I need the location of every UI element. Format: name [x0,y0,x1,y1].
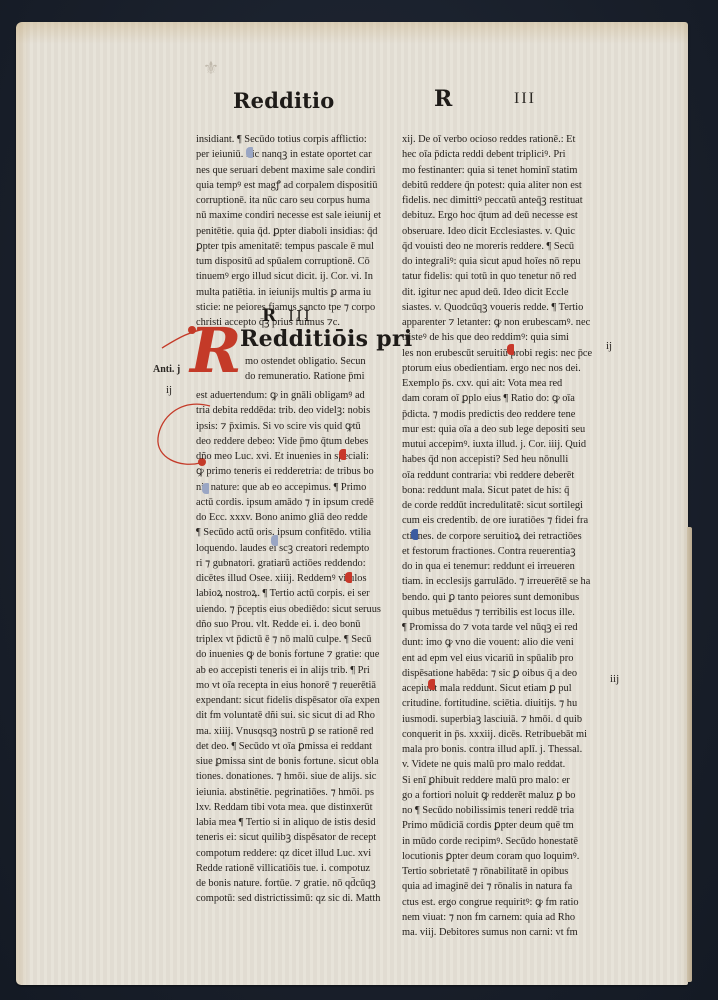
text-line: ctus est. ergo congrue requiritꝰ: ꝙ fm r… [402,895,600,910]
text-line: Tertio sobrietatē ⁊ rōnabilitatē in opib… [402,864,600,879]
text-line: dit. igitur nec apud deū. Ideo dicit Ecc… [402,285,600,300]
text-line: labia mea ¶ Tertio si in aliquo de istis… [196,815,394,830]
text-line: oīa reddunt contraria: vbi reddere deber… [402,468,600,483]
text-line: ma. viij. Debitores sumus non carni: vt … [402,925,600,940]
text-line: per ieiuniū. Sic nanqꝫ in estate oportet… [196,147,394,162]
left-column-intro-text: mo ostendet obligatio. Secun do remunera… [245,354,395,385]
text-line: go a fortiori noluit ꝙ redderēt maluz ꝑ … [402,788,600,803]
text-line: dño meo Luc. xvi. Et inuenies in special… [196,449,394,464]
text-line: v. Videte ne quis malū pro malo reddat. [402,757,600,772]
text-line: dunt: imo ꝙ vno die vouent: alio die ven… [402,635,600,650]
text-line: mutui accepimꝰ. iuxta illud. j. Cor. iii… [402,437,600,452]
text-line: apparenter ⁊ letanter: ꝙ non erubescamꝰ.… [402,315,600,330]
text-line: nis nature: que ab eo accepimus. ¶ Primo [196,480,394,495]
text-line: nem viuat: ⁊ non fm carnem: quia ad Rho [402,910,600,925]
text-line: do inuenies ꝙ de bonis fortune ⁊ gratie:… [196,647,394,662]
text-line: dicētes illud Osee. xiiij. Reddemꝰ vitul… [196,571,394,586]
text-line: Redde rationē villicatiōis tue. i. compo… [196,861,394,876]
text-line: nū maxime condiri necesse est sale ieiun… [196,208,394,223]
text-line: tiam. in ecclesijs garrulādo. ⁊ irreuerē… [402,574,600,589]
text-line: ent ad epm vel eius vicariū in spūalib p… [402,651,600,666]
text-line: critudine. fortitudine. sciētia. diuitij… [402,696,600,711]
text-line: quia ad imaginē dei ⁊ rōnalis in natura … [402,879,600,894]
text-line: iusmodi. superbiaꝫ lasciuiā. ⁊ hmōi. d q… [402,712,600,727]
text-line: debituz. Ergo hoc q̄tum ad deū necesse e… [402,208,600,223]
text-line: labioꝝ nostroꝝ. ¶ Tertio actū corpis. ei… [196,586,394,601]
left-column-body-text: est aduertendum: ꝙ in gnāli obligamꝰ ad … [196,388,394,907]
faint-paragraph-mark-icon [246,147,253,158]
running-head-letter: R [434,86,452,112]
text-line: ab eo accepisti teneris ei in alijs trib… [196,663,394,678]
text-line: det deo. ¶ Secūdo vt oīa ꝑmissa ei redda… [196,739,394,754]
text-line: debitū reddere q̄n potest: quia aliter n… [402,178,600,193]
text-line: ¶ Secūdo actū oris. ipsum confitēdo. vti… [196,525,394,540]
text-line: ꝙ primo teneris ei redderetria: de tribu… [196,464,394,479]
text-line: bona: reddunt mala. Sicut patet de his: … [402,483,600,498]
text-line: mo festinanter: quia si tenet hominī sta… [402,163,600,178]
text-line: nes que seruari debent maxime sale condi… [196,163,394,178]
red-paragraph-mark-icon [507,344,514,355]
section-letter: R [262,306,276,326]
text-line: obseruare. Ideo dicit Ecclesiastes. v. Q… [402,224,600,239]
margin-note: iij [610,673,619,685]
text-line: les non erubescūt seruitiū probi regis: … [402,346,600,361]
text-line: mala pro bonis. contra illud aplī. j. Th… [402,742,600,757]
text-line: ipsis: ⁊ p̄ximis. Si vo scire vis quid ꝙ… [196,419,394,434]
text-line: do remuneratio. Ratione p̄mi [245,369,395,384]
text-line: ctiones. de corpore seruitioꝝ dei retrac… [402,529,600,544]
faint-paragraph-mark-icon [202,483,209,494]
text-line: no ¶ Secūdo nobilissimis teneri reddē tr… [402,803,600,818]
text-line: quia tempꝰ est magꝭ ad corpalem disposit… [196,178,394,193]
text-line: ri ⁊ gubnatori. gratiarū actiōes reddend… [196,556,394,571]
blue-paragraph-mark-icon [411,529,418,540]
text-line: de bonis nature. fortūe. ⁊ gratie. nō qd… [196,876,394,891]
text-line: penitētie. quia q̄d. ꝑpter diaboli insid… [196,224,394,239]
text-line: q̄d vouisti deo ne moreris reddere. ¶ Se… [402,239,600,254]
running-head-title: Redditio [233,88,334,113]
text-line: do in qua ei tenemur: reddunt ei irreuer… [402,559,600,574]
text-line: dño suo Prou. vlt. Redde ei. i. deo bonū [196,617,394,632]
section-heading: RIII [262,306,312,326]
text-line: compotum reddere: qz dicet illud Luc. xv… [196,846,394,861]
margin-note: ij [606,340,612,352]
watermark-mark: ⚜ [201,58,221,80]
text-line: locutionis ꝑpter deum coram quo loquimꝰ. [402,849,600,864]
text-line: multa patiētia. in ieiunijs multis ꝑ arm… [196,285,394,300]
text-line: tria debita reddēda: trib. deo videlꝫ: n… [196,403,394,418]
text-line: lxv. Reddam tibi vota mea. que distinxer… [196,800,394,815]
text-line: p̄dicta. ⁊ modis predictis deo reddere t… [402,407,600,422]
red-paragraph-mark-icon [339,449,346,460]
text-line: actū cordis. ipsum amādo ⁊ in ipsum cred… [196,495,394,510]
text-line: de corde reddūt incredulitatē: sicut sor… [402,498,600,513]
text-line: Si enī ꝑhibuit reddere malū pro malo: er [402,773,600,788]
text-line: do integraliꝰ: quia sicut apud hoīes nō … [402,254,600,269]
text-line: tinuemꝰ ergo illud sicut dicit. ij. Cor.… [196,269,394,284]
text-line: siue ꝑmissa sint de bonis fortune. sicut… [196,754,394,769]
text-line: cum eis credentib. de ore iuratiōes ⁊ fi… [402,513,600,528]
text-line: loquendo. laudes ei scꝫ creatori redempt… [196,541,394,556]
initial-letter: R [190,314,242,387]
text-line: mur est: quia oīa a deo sub lege deposit… [402,422,600,437]
text-line: corruptionē. ita nūc caro seu corpus hum… [196,193,394,208]
text-line: tatur fidelis: qui totū in quo tenetur n… [402,269,600,284]
red-paragraph-mark-icon [428,679,435,690]
text-line: ieiunia. abstinētie. pegrinatiōes. ⁊ hmō… [196,785,394,800]
text-line: triplex vt p̄dictū ē ⁊ nō malū culpe. ¶ … [196,632,394,647]
faint-paragraph-mark-icon [271,535,278,546]
section-numeral: III [288,307,312,325]
text-line: et festorum fractiones. Contra reuerenti… [402,544,600,559]
text-line: compotū: sed districtissimū: qz sic di. … [196,891,394,906]
red-paragraph-mark-icon [345,572,352,583]
text-line: uiendo. ⁊ p̄ceptis eius obediēdo: sicut … [196,602,394,617]
left-column-top-text: insidiant. ¶ Secūdo totius corpis afflic… [196,132,394,330]
text-line: tristeꝰ de his que deo reddimꝰ: quia sim… [402,330,600,345]
running-head-numeral: III [514,90,536,108]
text-line: insidiant. ¶ Secūdo totius corpis afflic… [196,132,394,147]
text-line: ma. xiiij. Vnusqsqꝫ nostrū ꝑ se rationē … [196,724,394,739]
text-line: dit fm voluntatē dñi sui. sic sicut di a… [196,708,394,723]
text-line: expendant: sicut fidelis dispēsator oīa … [196,693,394,708]
text-line: Exemplo p̄s. cxv. qui ait: Vota mea red [402,376,600,391]
text-line: quibus metuēdus ⁊ terribilis est locus i… [402,605,600,620]
text-line: ¶ Promissa do ⁊ vota tarde vel nūqꝫ ei r… [402,620,600,635]
text-line: est aduertendum: ꝙ in gnāli obligamꝰ ad [196,388,394,403]
text-line: dam coram oī ꝑplo eius ¶ Ratio do: ꝙ oīa [402,391,600,406]
text-line: bendo. qui ꝑ tanto peiores sunt demonibu… [402,590,600,605]
text-line: tum dispositū ad spūalem corruptionē. Cō [196,254,394,269]
margin-reference: Anti. j [153,364,180,375]
text-line: fidelis. nec dimittiꝰ peccatū anteq̄ꝫ re… [402,193,600,208]
margin-note: ij [166,384,172,396]
text-line: mo vt oīa recepta in eius honorē ⁊ reuer… [196,678,394,693]
text-line: deo reddere debeo: Vide p̄mo q̄tum debes [196,434,394,449]
text-line: do Ecc. xxxv. Bono animo gliā deo redde [196,510,394,525]
text-line: mo ostendet obligatio. Secun [245,354,395,369]
text-line: teneris ei: sicut quilibꝫ dispēsator de … [196,830,394,845]
folded-edge [687,527,692,982]
text-line: in mūdo corde recipimꝰ. Secūdo honestatē [402,834,600,849]
text-line: xij. De oī verbo ocioso reddes rationē.:… [402,132,600,147]
text-line: Primo mūdiciā cordis ꝑpter deum quē tm [402,818,600,833]
text-line: tiones. donationes. ⁊ hmōi. siue de alij… [196,769,394,784]
text-line: ꝑpter tpis amenitatē: tempus pascale ē m… [196,239,394,254]
text-line: siastes. v. Quodcūqꝫ voueris redde. ¶ Te… [402,300,600,315]
text-line: ptorum eius obedientiam. ergo nec nos de… [402,361,600,376]
text-line: conquerit in p̄s. xxxiij. dicēs. Retribu… [402,727,600,742]
text-line: habes q̄d non accepisti? Sed heu nōnulli [402,452,600,467]
right-column-text: xij. De oī verbo ocioso reddes rationē.:… [402,132,600,940]
chapter-title: Redditiōis pri [240,326,413,352]
text-line: hec oīa p̄dicta reddi debent tripliciꝰ. … [402,147,600,162]
